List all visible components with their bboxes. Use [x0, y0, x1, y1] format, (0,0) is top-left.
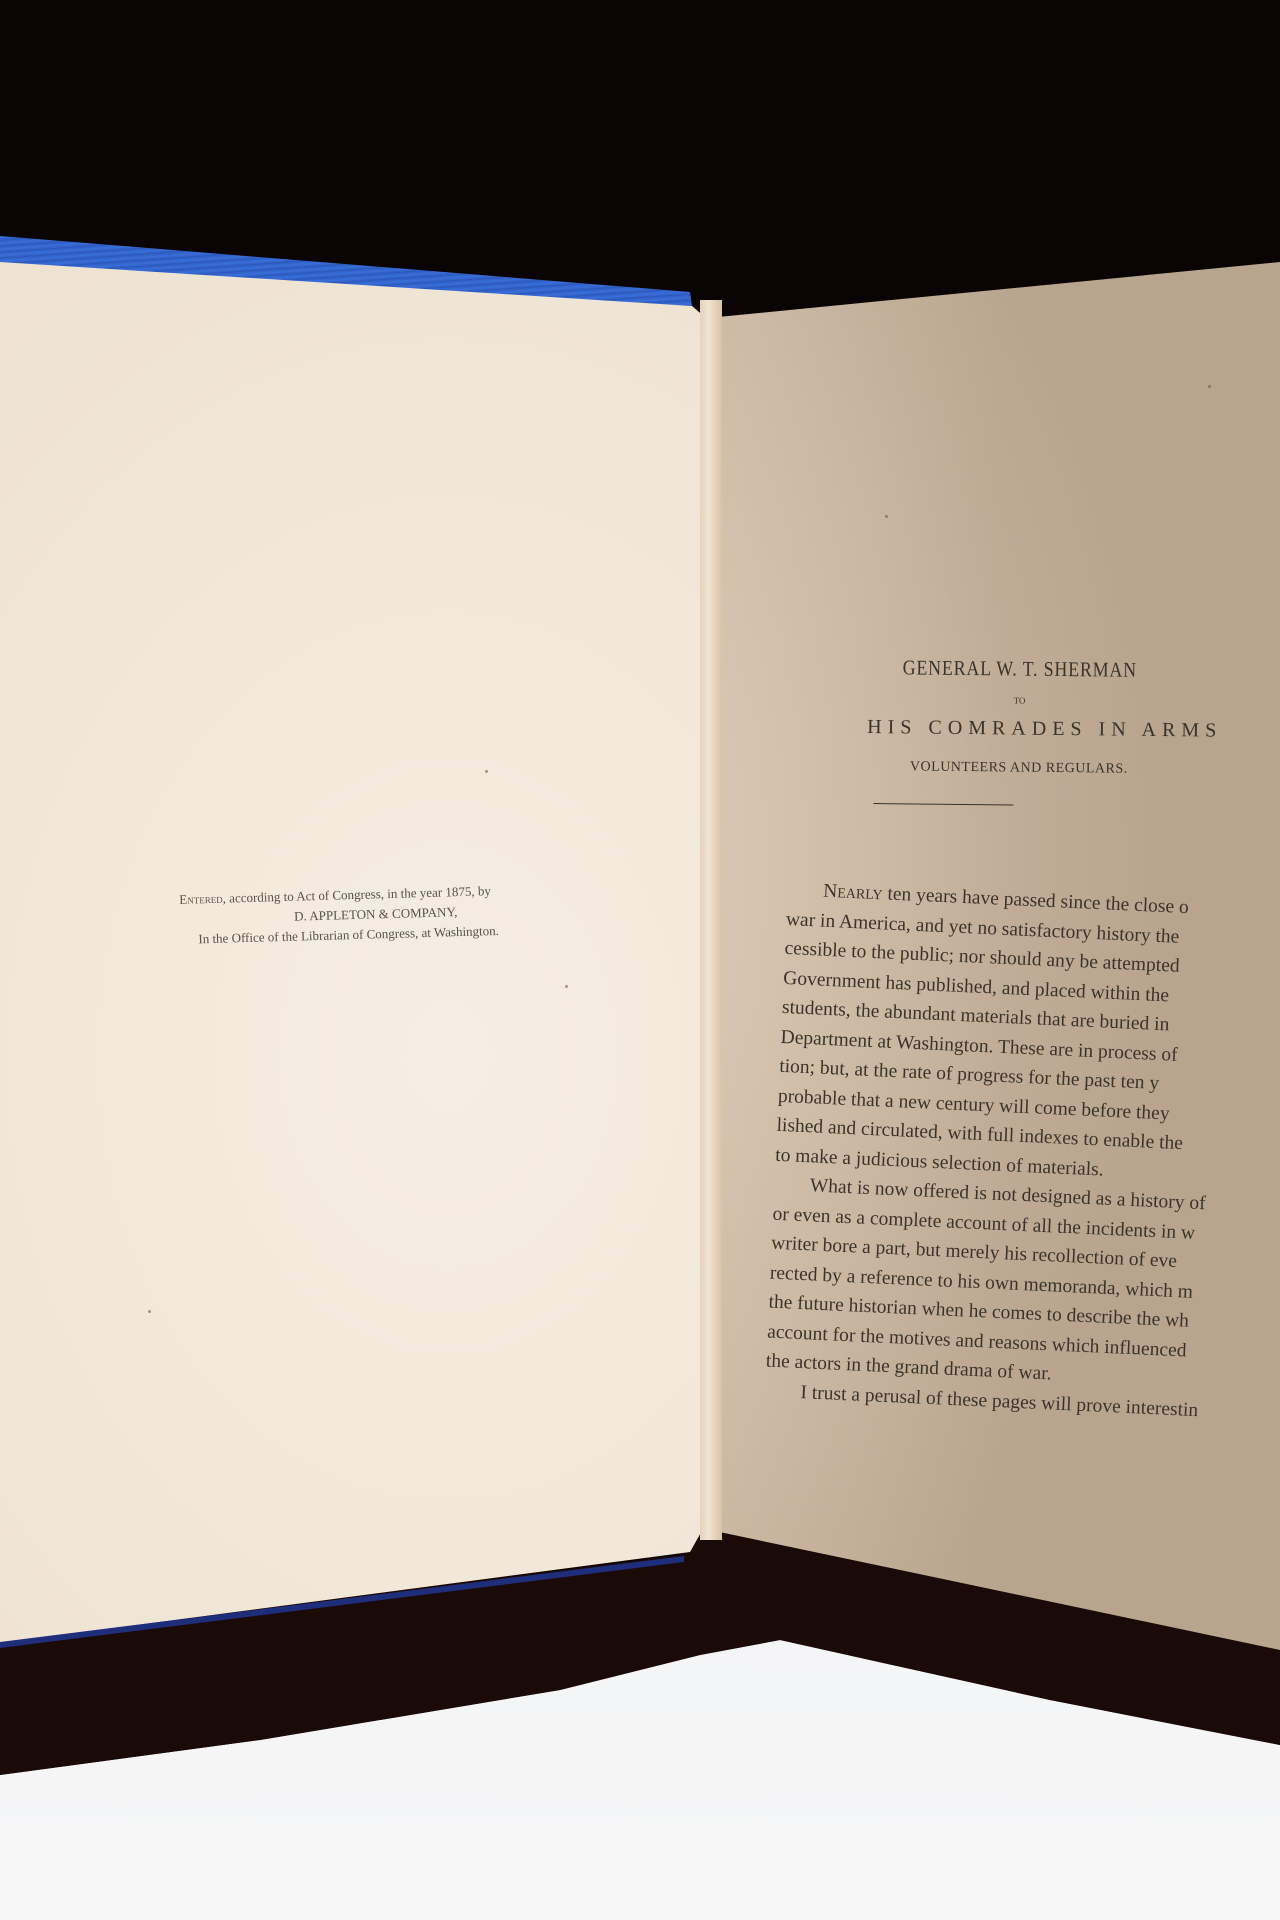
nearly-word: Nearly — [823, 881, 883, 905]
paper-speck — [1208, 385, 1211, 388]
paper-speck — [485, 770, 488, 773]
preface-body: Nearly ten years have passed since the c… — [764, 875, 1280, 1431]
photo-scene: Entered, according to Act of Congress, i… — [0, 0, 1280, 1920]
book-gutter — [700, 300, 722, 1540]
copyright-notice: Entered, according to Act of Congress, i… — [175, 879, 577, 950]
dedication-heading: GENERAL W. T. SHERMAN TO HIS COMRADES IN… — [868, 655, 1280, 809]
dedication-recipients: HIS COMRADES IN ARMS — [867, 716, 1280, 744]
paper-speck — [565, 985, 568, 988]
dedication-author: GENERAL W. T. SHERMAN — [841, 655, 1198, 684]
entered-word: Entered — [179, 891, 223, 907]
paper-speck — [148, 1310, 151, 1313]
dedication-to: TO — [809, 693, 1229, 707]
dedication-subtitle: VOLUNTEERS AND REGULARS. — [809, 758, 1229, 778]
paper-speck — [885, 515, 888, 518]
